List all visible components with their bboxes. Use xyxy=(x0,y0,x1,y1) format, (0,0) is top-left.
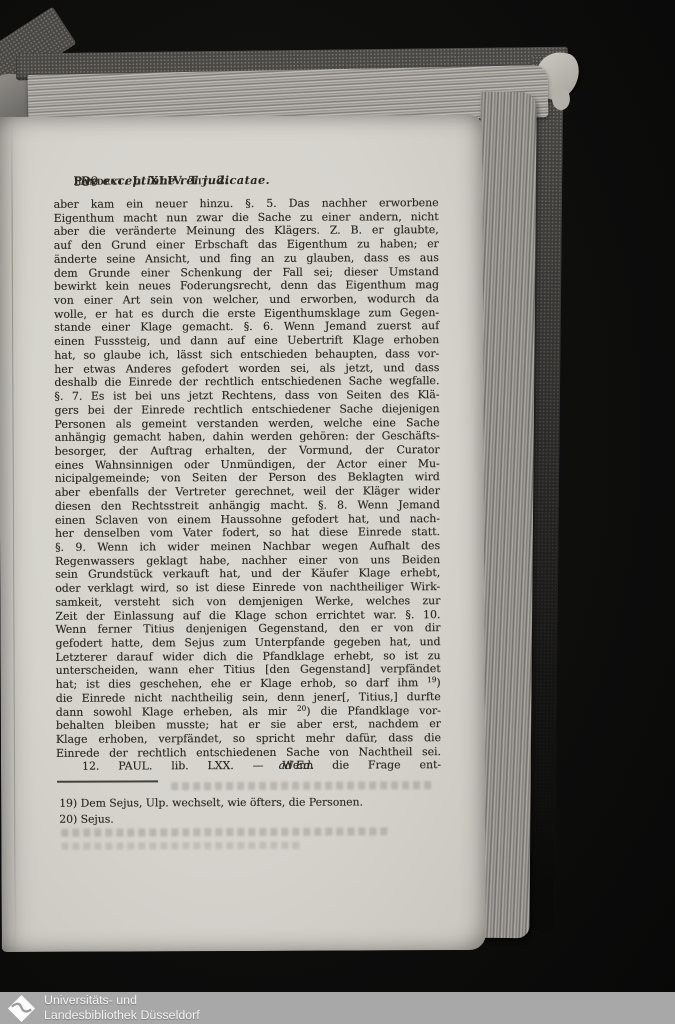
footnote-rule xyxy=(57,780,158,782)
body-text: aber kam ein neuer hinzu. §. 5. Das nach… xyxy=(54,196,442,774)
library-name-line2: Landesbibliothek Düsseldorf xyxy=(44,1008,444,1023)
ink-bleed-through xyxy=(61,842,301,850)
book-page: Pandect. L. XLIV. Tit. 2. De exceptione … xyxy=(0,115,486,952)
ink-bleed-through xyxy=(171,781,433,790)
scanned-book-photo: Pandect. L. XLIV. Tit. 2. De exceptione … xyxy=(0,0,675,1024)
running-header: Pandect. L. XLIV. Tit. 2. De exceptione … xyxy=(73,172,425,189)
library-name-line1: Universitäts- und xyxy=(44,993,444,1008)
footnote-line: 20) Sejus. xyxy=(59,810,439,827)
library-name: Universitäts- und Landesbibliothek Düsse… xyxy=(44,993,444,1022)
page-number: 539 xyxy=(73,174,99,189)
gutter-crease xyxy=(11,117,16,952)
header-title: De exceptione rei judicatae. xyxy=(80,173,270,188)
ulb-diamond-logo xyxy=(7,994,36,1023)
text-line: 12. PAUL. lib. LXX. ad Ed. — Wenn die Fr… xyxy=(56,759,441,774)
ink-bleed-through xyxy=(61,827,391,836)
footnotes: 19) Dem Sejus, Ulp. wechselt, wie öfters… xyxy=(59,794,439,827)
footnote-line: 19) Dem Sejus, Ulp. wechselt, wie öfters… xyxy=(59,794,439,811)
library-watermark-bar: Universitäts- und Landesbibliothek Düsse… xyxy=(0,992,675,1024)
